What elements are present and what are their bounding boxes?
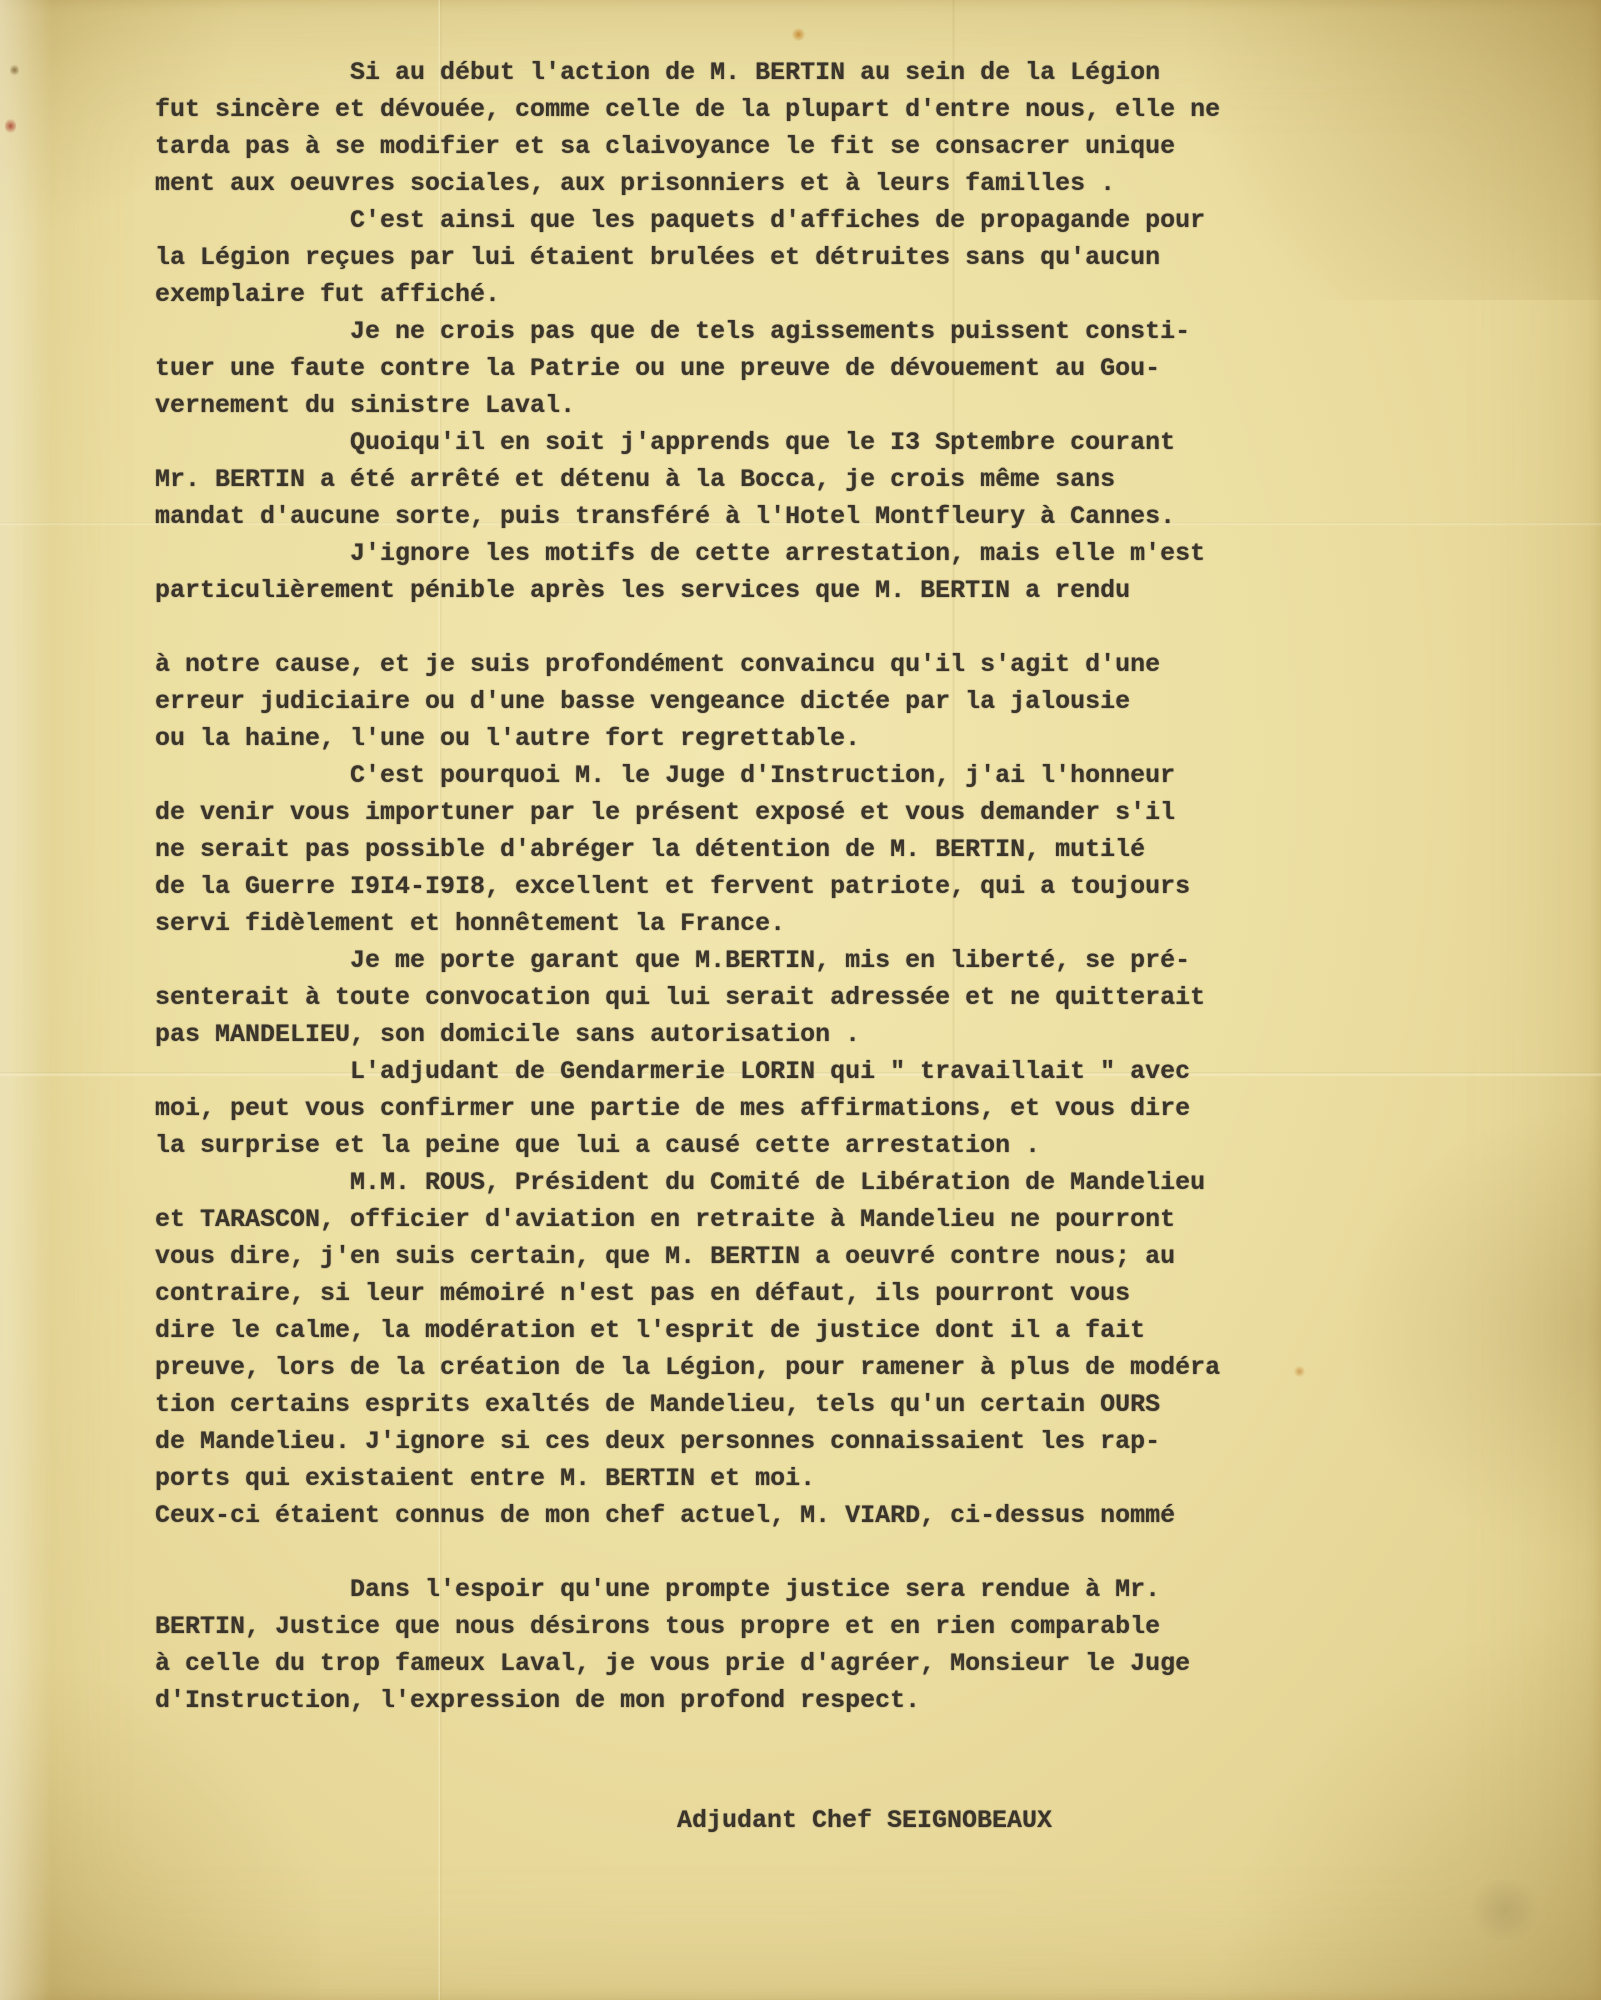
- letter-line: Si au début l'action de M. BERTIN au sei…: [155, 54, 1355, 91]
- letter-line: ne serait pas possible d'abréger la déte…: [155, 831, 1355, 868]
- letter-line: erreur judiciaire ou d'une basse vengean…: [155, 683, 1355, 720]
- letter-line: dire le calme, la modération et l'esprit…: [155, 1312, 1355, 1349]
- ink-speck: [5, 118, 16, 134]
- ink-speck: [10, 64, 19, 76]
- signature-line: Adjudant Chef SEIGNOBEAUX: [677, 1806, 1052, 1835]
- letter-line: mandat d'aucune sorte, puis transféré à …: [155, 498, 1355, 535]
- paper-edge-highlight: [0, 0, 52, 2000]
- letter-line: de venir vous importuner par le présent …: [155, 794, 1355, 831]
- letter-line: ports qui existaient entre M. BERTIN et …: [155, 1460, 1355, 1497]
- letter-body: Si au début l'action de M. BERTIN au sei…: [155, 54, 1355, 1719]
- letter-line: Mr. BERTIN a été arrêté et détenu à la B…: [155, 461, 1355, 498]
- letter-line: particulièrement pénible après les servi…: [155, 572, 1355, 609]
- letter-line: vous dire, j'en suis certain, que M. BER…: [155, 1238, 1355, 1275]
- letter-line: de la Guerre I9I4-I9I8, excellent et fer…: [155, 868, 1355, 905]
- letter-line: à notre cause, et je suis profondément c…: [155, 646, 1355, 683]
- letter-line: servi fidèlement et honnêtement la Franc…: [155, 905, 1355, 942]
- letter-line: Je ne crois pas que de tels agissements …: [155, 313, 1355, 350]
- letter-line: et TARASCON, officier d'aviation en retr…: [155, 1201, 1355, 1238]
- rust-speck: [792, 28, 805, 41]
- letter-line: ou la haine, l'une ou l'autre fort regre…: [155, 720, 1355, 757]
- paper-smudge: [1470, 1880, 1540, 1940]
- letter-page: Si au début l'action de M. BERTIN au sei…: [0, 0, 1601, 2000]
- letter-line: d'Instruction, l'expression de mon profo…: [155, 1682, 1355, 1719]
- letter-line: tarda pas à se modifier et sa claivoyanc…: [155, 128, 1355, 165]
- letter-line: M.M. ROUS, Président du Comité de Libéra…: [155, 1164, 1355, 1201]
- letter-line: preuve, lors de la création de la Légion…: [155, 1349, 1355, 1386]
- letter-line: Dans l'espoir qu'une prompte justice ser…: [155, 1571, 1355, 1608]
- letter-line: senterait à toute convocation qui lui se…: [155, 979, 1355, 1016]
- letter-line: à celle du trop fameux Laval, je vous pr…: [155, 1645, 1355, 1682]
- letter-line: J'ignore les motifs de cette arrestation…: [155, 535, 1355, 572]
- letter-line: BERTIN, Justice que nous désirons tous p…: [155, 1608, 1355, 1645]
- letter-line: ment aux oeuvres sociales, aux prisonnie…: [155, 165, 1355, 202]
- letter-line: de Mandelieu. J'ignore si ces deux perso…: [155, 1423, 1355, 1460]
- letter-line: C'est pourquoi M. le Juge d'Instruction,…: [155, 757, 1355, 794]
- letter-line: L'adjudant de Gendarmerie LORIN qui " tr…: [155, 1053, 1355, 1090]
- letter-line: contraire, si leur mémoiré n'est pas en …: [155, 1275, 1355, 1312]
- letter-line: moi, peut vous confirmer une partie de m…: [155, 1090, 1355, 1127]
- letter-line: fut sincère et dévouée, comme celle de l…: [155, 91, 1355, 128]
- paper-stain-mid-right: [1341, 1100, 1601, 1560]
- letter-line: la surprise et la peine que lui a causé …: [155, 1127, 1355, 1164]
- letter-line: [155, 609, 1355, 646]
- letter-line: la Légion reçues par lui étaient brulées…: [155, 239, 1355, 276]
- letter-line: pas MANDELIEU, son domicile sans autoris…: [155, 1016, 1355, 1053]
- letter-line: exemplaire fut affiché.: [155, 276, 1355, 313]
- letter-line: Ceux-ci étaient connus de mon chef actue…: [155, 1497, 1355, 1534]
- letter-line: vernement du sinistre Laval.: [155, 387, 1355, 424]
- letter-line: Quoiqu'il en soit j'apprends que le I3 S…: [155, 424, 1355, 461]
- letter-line: [155, 1534, 1355, 1571]
- letter-line: Je me porte garant que M.BERTIN, mis en …: [155, 942, 1355, 979]
- letter-line: tuer une faute contre la Patrie ou une p…: [155, 350, 1355, 387]
- letter-line: C'est ainsi que les paquets d'affiches d…: [155, 202, 1355, 239]
- letter-line: tion certains esprits exaltés de Mandeli…: [155, 1386, 1355, 1423]
